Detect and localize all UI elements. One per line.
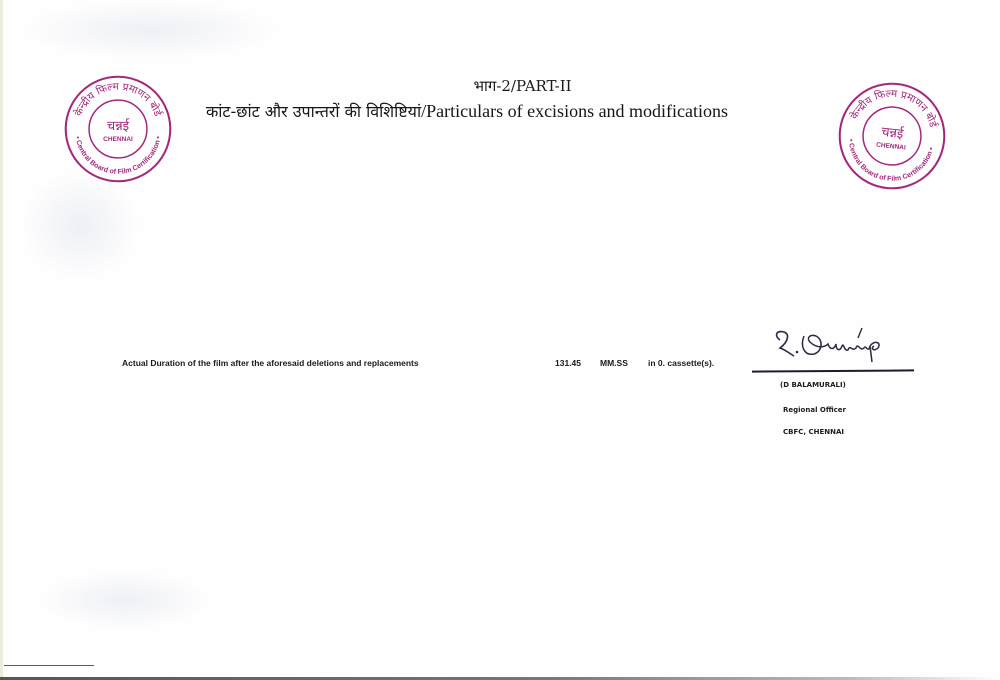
officer-signature xyxy=(770,326,910,366)
officer-designation: Regional Officer xyxy=(783,406,846,414)
section-title-hindi: कांट-छांट और उपान्तरों की विशिष्टियां xyxy=(206,102,421,121)
cassette-count: in 0. cassette(s). xyxy=(648,358,714,368)
signature-icon xyxy=(770,326,910,366)
section-title: कांट-छांट और उपान्तरों की विशिष्टियां/Pa… xyxy=(206,100,728,122)
officer-office: CBFC, CHENNAI xyxy=(783,428,844,436)
duration-value: 131.45 xyxy=(555,358,581,368)
certificate-page: केन्द्रीय फिल्म प्रमाणन बोर्ड • Central … xyxy=(0,0,1000,680)
footer-rule xyxy=(4,665,94,666)
seal-icon: केन्द्रीय फिल्म प्रमाणन बोर्ड • Central … xyxy=(830,74,953,197)
svg-text:चन्नई: चन्नई xyxy=(880,124,905,142)
signature-line xyxy=(752,369,914,372)
scan-left-edge xyxy=(0,0,3,680)
svg-text:चन्नई: चन्नई xyxy=(107,118,130,134)
scan-smudge xyxy=(20,0,280,60)
officer-name: (D BALAMURALI) xyxy=(780,381,846,389)
duration-label: Actual Duration of the film after the af… xyxy=(122,358,419,368)
cbfc-chennai-seal-right: केन्द्रीय फिल्म प्रमाणन बोर्ड • Central … xyxy=(830,74,953,197)
svg-text:CHENNAI: CHENNAI xyxy=(876,142,906,152)
section-title-english: Particulars of excisions and modificatio… xyxy=(426,101,728,121)
duration-unit: MM.SS xyxy=(600,358,628,368)
scan-smudge xyxy=(40,570,210,630)
scan-smudge xyxy=(20,170,140,280)
svg-text:CHENNAI: CHENNAI xyxy=(103,136,133,143)
